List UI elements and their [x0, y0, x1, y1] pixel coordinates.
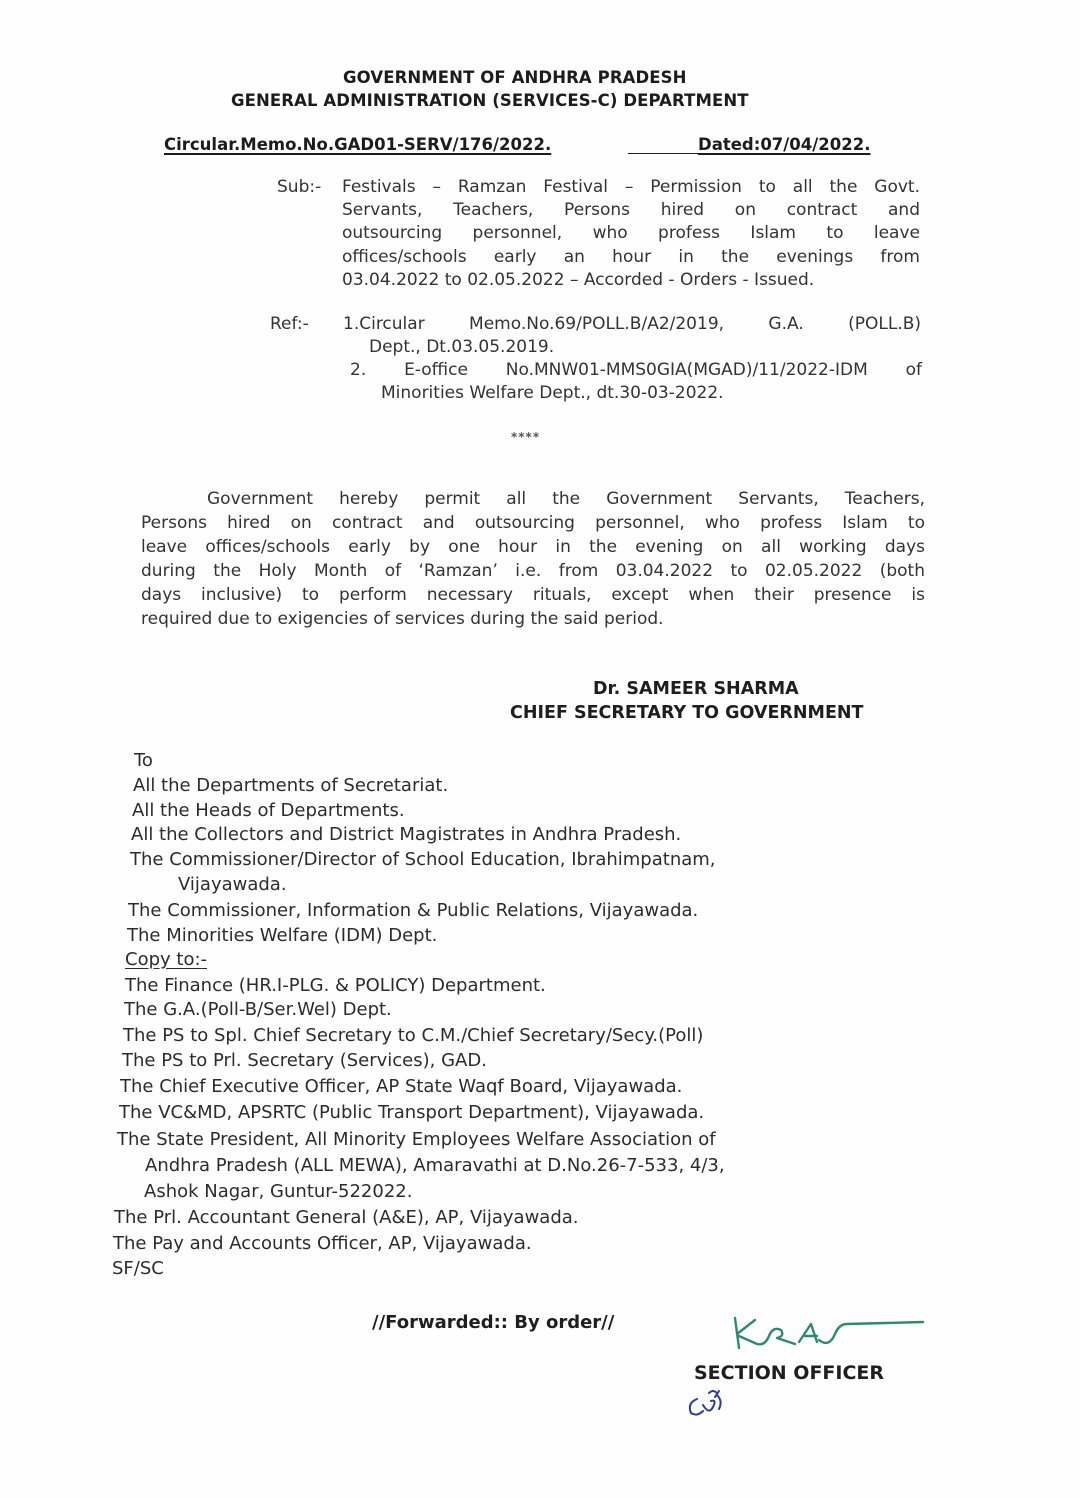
circular-memo-page: GOVERNMENT OF ANDHRA PRADESH GENERAL ADM…	[0, 0, 1080, 1498]
subject-line: offices/schools early an hour in the eve…	[342, 246, 920, 269]
copy-item: The PS to Prl. Secretary (Services), GAD…	[122, 1050, 487, 1071]
reference-2-line1: 2. E-office No.MNW01-MMS0GIA(MGAD)/11/20…	[350, 359, 922, 382]
body-line: leave offices/schools early by one hour …	[141, 535, 925, 559]
forwarded-by-order: //Forwarded:: By order//	[372, 1312, 614, 1333]
subject-label: Sub:-	[277, 176, 321, 199]
reference-1: 1.Circular Memo.No.69/POLL.B/A2/2019, G.…	[343, 313, 921, 359]
copy-item: The Finance (HR.I-PLG. & POLICY) Departm…	[125, 975, 546, 996]
reference-label: Ref:-	[270, 313, 309, 336]
copy-item: The Prl. Accountant General (A&E), AP, V…	[114, 1207, 579, 1228]
to-item: Vijayawada.	[178, 874, 287, 895]
copy-item: The Chief Executive Officer, AP State Wa…	[120, 1076, 682, 1097]
copy-item: The VC&MD, APSRTC (Public Transport Depa…	[119, 1102, 704, 1123]
subject-line: Festivals – Ramzan Festival – Permission…	[342, 176, 920, 199]
body-line: Government hereby permit all the Governm…	[141, 487, 925, 511]
separator-stars: ****	[511, 430, 540, 444]
body-line: during the Holy Month of ‘Ramzan’ i.e. f…	[141, 559, 925, 583]
signatory-designation: CHIEF SECRETARY TO GOVERNMENT	[510, 703, 864, 723]
to-item: The Commissioner, Information & Public R…	[128, 900, 698, 921]
copy-item: SF/SC	[112, 1258, 164, 1279]
to-item: All the Departments of Secretariat.	[133, 775, 448, 796]
body-line: days inclusive) to perform necessary rit…	[141, 583, 925, 607]
subject-line: Servants, Teachers, Persons hired on con…	[342, 199, 920, 222]
section-officer-signature	[725, 1308, 935, 1354]
copy-item: The G.A.(Poll-B/Ser.Wel) Dept.	[124, 999, 392, 1020]
to-item: The Commissioner/Director of School Educ…	[130, 849, 716, 870]
body-line: Persons hired on contract and outsourcin…	[141, 511, 925, 535]
reference-2-line2: Minorities Welfare Dept., dt.30-03-2022.	[350, 382, 922, 405]
section-officer-label: SECTION OFFICER	[694, 1362, 884, 1384]
subject-text: Festivals – Ramzan Festival – Permission…	[342, 176, 920, 292]
reference-1-line1: 1.Circular Memo.No.69/POLL.B/A2/2019, G.…	[343, 313, 921, 336]
copy-item: The PS to Spl. Chief Secretary to C.M./C…	[123, 1025, 703, 1046]
body-line: required due to exigencies of services d…	[141, 607, 925, 631]
subject-line: 03.04.2022 to 02.05.2022 – Accorded - Or…	[342, 269, 920, 292]
reference-2: 2. E-office No.MNW01-MMS0GIA(MGAD)/11/20…	[350, 359, 922, 405]
subject-line: outsourcing personnel, who profess Islam…	[342, 222, 920, 245]
reference-1-line2: Dept., Dt.03.05.2019.	[343, 336, 921, 359]
to-item: All the Collectors and District Magistra…	[131, 824, 681, 845]
header-government: GOVERNMENT OF ANDHRA PRADESH	[343, 68, 687, 87]
to-item: All the Heads of Departments.	[132, 800, 405, 821]
to-label: To	[134, 750, 153, 771]
copy-item: The State President, All Minority Employ…	[117, 1129, 716, 1150]
memo-underline-gap	[628, 153, 698, 154]
copy-item: The Pay and Accounts Officer, AP, Vijaya…	[113, 1233, 532, 1254]
memo-number: Circular.Memo.No.GAD01-SERV/176/2022.	[164, 135, 551, 154]
copy-item: Andhra Pradesh (ALL MEWA), Amaravathi at…	[145, 1155, 725, 1176]
copy-to-label: Copy to:-	[125, 949, 207, 970]
header-department: GENERAL ADMINISTRATION (SERVICES-C) DEPA…	[231, 91, 749, 110]
initials-mark	[683, 1385, 733, 1421]
body-paragraph: Government hereby permit all the Governm…	[141, 487, 925, 631]
copy-item: Ashok Nagar, Guntur-522022.	[144, 1181, 412, 1202]
signatory-name: Dr. SAMEER SHARMA	[593, 679, 799, 699]
memo-date: Dated:07/04/2022.	[698, 135, 871, 154]
to-item: The Minorities Welfare (IDM) Dept.	[127, 925, 437, 946]
